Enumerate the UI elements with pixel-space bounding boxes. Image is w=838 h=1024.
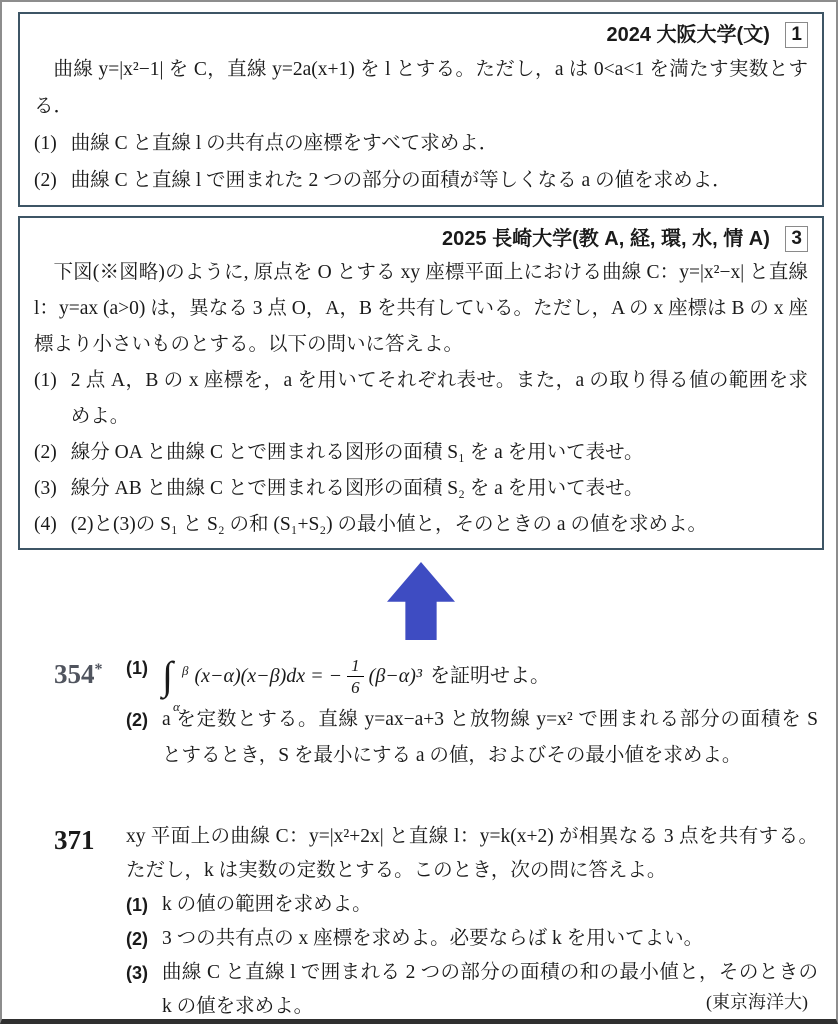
fraction-denominator: 6 [347,677,364,698]
integral-formula: ∫ β α (x−α)(x−β)dx = − 1 6 (β−α)³ を証明せよ。 [162,650,550,702]
problem-source-title: 2024 大阪大学(文) [606,24,769,46]
problem-number-badge: 1 [785,22,808,48]
subquestion-text: 曲線 C と直線 l の共有点の座標をすべて求めよ． [71,125,808,162]
subquestion-text: 線分 AB と曲線 C とで囲まれる図形の面積 S₂ を a を用いて表せ。 [71,471,808,507]
problem-header: 2025 長崎大学(教 A, 経, 環, 水, 情 A) 3 [34,224,808,254]
subquestion-label: (1) [126,888,148,922]
subquestion-label: (2) [126,922,148,956]
subquestion-3: (3) 線分 AB と曲線 C とで囲まれる図形の面積 S₂ を a を用いて表… [34,471,808,507]
subquestion-2: (2) a を定数とする。直線 y=ax−a+3 と放物線 y=x² で囲まれる… [126,702,818,774]
problem-box-2025-nagasaki: 2025 長崎大学(教 A, 経, 環, 水, 情 A) 3 下図(※図略)のよ… [18,216,824,550]
subquestion-label: (4) [34,507,57,543]
source-attribution: (東京海洋大) [706,988,808,1014]
subquestion-text: (2)と(3)の S₁ と S₂ の和 (S₁+S₂) の最小値と，そのときの … [71,507,808,543]
formula-instruction: を証明せよ。 [430,658,550,694]
integrand: (x−α)(x−β)dx = − [194,658,342,694]
upper-limit: β [182,653,188,689]
problem-statement: 曲線 y=|x²−1| を C，直線 y=2a(x+1) を l とする。ただし… [34,51,808,125]
subquestion-1: (1) 2 点 A，B の x 座標を，a を用いてそれぞれ表せ。また，a の取… [34,363,808,435]
subquestion-text: a を定数とする。直線 y=ax−a+3 と放物線 y=x² で囲まれる部分の面… [162,702,818,774]
subquestion-label: (2) [126,702,148,774]
exercise-body: (1) ∫ β α (x−α)(x−β)dx = − 1 6 (β−α)³ を証… [126,650,818,774]
star-marker: * [95,661,103,678]
subquestion-2: (2) 線分 OA と曲線 C とで囲まれる図形の面積 S₁ を a を用いて表… [34,435,808,471]
subquestion-label: (3) [126,956,148,1024]
problem-source-title: 2025 長崎大学(教 A, 経, 環, 水, 情 A) [442,228,770,250]
subquestion-label: (3) [34,471,57,507]
subquestion-1: (1) k の値の範囲を求めよ。 [126,888,818,922]
problem-header: 2024 大阪大学(文) 1 [34,20,808,50]
subquestion-label: (1) [34,363,57,435]
subquestion-label: (2) [34,162,57,199]
subquestion-label: (1) [126,650,148,702]
subquestion-text: 線分 OA と曲線 C とで囲まれる図形の面積 S₁ を a を用いて表せ。 [71,435,808,471]
fraction-numerator: 1 [347,655,364,677]
exercise-354: 354* (1) ∫ β α (x−α)(x−β)dx = − 1 6 (β−α… [54,650,818,774]
subquestion-text: 3 つの共有点の x 座標を求めよ。必要ならば k を用いてよい。 [162,922,818,956]
subquestion-text: 2 点 A，B の x 座標を，a を用いてそれぞれ表せ。また，a の取り得る値… [71,363,808,435]
problem-statement: xy 平面上の曲線 C：y=|x²+2x| と直線 l：y=k(x+2) が相異… [126,820,818,888]
exercise-number: 371 [54,820,126,1020]
subquestion-4: (4) (2)と(3)の S₁ と S₂ の和 (S₁+S₂) の最小値と，その… [34,507,808,543]
textbook-page: 2024 大阪大学(文) 1 曲線 y=|x²−1| を C，直線 y=2a(x… [0,0,838,1024]
subquestion-1: (1) ∫ β α (x−α)(x−β)dx = − 1 6 (β−α)³ を証… [126,650,818,702]
integral-limits: β α [174,653,188,699]
exercise-number: 354* [54,650,126,774]
problem-box-2024-osaka: 2024 大阪大学(文) 1 曲線 y=|x²−1| を C，直線 y=2a(x… [18,12,824,207]
subquestion-2: (2) 曲線 C と直線 l で囲まれた 2 つの部分の面積が等しくなる a の… [34,162,808,199]
exercise-number-text: 354 [54,659,95,689]
problem-number-badge: 3 [785,226,808,252]
subquestion-label: (2) [34,435,57,471]
exercise-371: 371 xy 平面上の曲線 C：y=|x²+2x| と直線 l：y=k(x+2)… [54,820,818,1020]
subquestion-text: k の値の範囲を求めよ。 [162,888,818,922]
up-arrow-icon [387,562,455,640]
subquestion-label: (1) [34,125,57,162]
integral-sign: ∫ [162,656,173,696]
subquestion-1: (1) 曲線 C と直線 l の共有点の座標をすべて求めよ． [34,125,808,162]
fraction: 1 6 [347,655,364,698]
subquestion-text: 曲線 C と直線 l で囲まれた 2 つの部分の面積が等しくなる a の値を求め… [71,162,808,199]
formula-tail: (β−α)³ [369,658,422,694]
subquestion-2: (2) 3 つの共有点の x 座標を求めよ。必要ならば k を用いてよい。 [126,922,818,956]
problem-statement: 下図(※図略)のように, 原点を O とする xy 座標平面上における曲線 C：… [34,255,808,363]
